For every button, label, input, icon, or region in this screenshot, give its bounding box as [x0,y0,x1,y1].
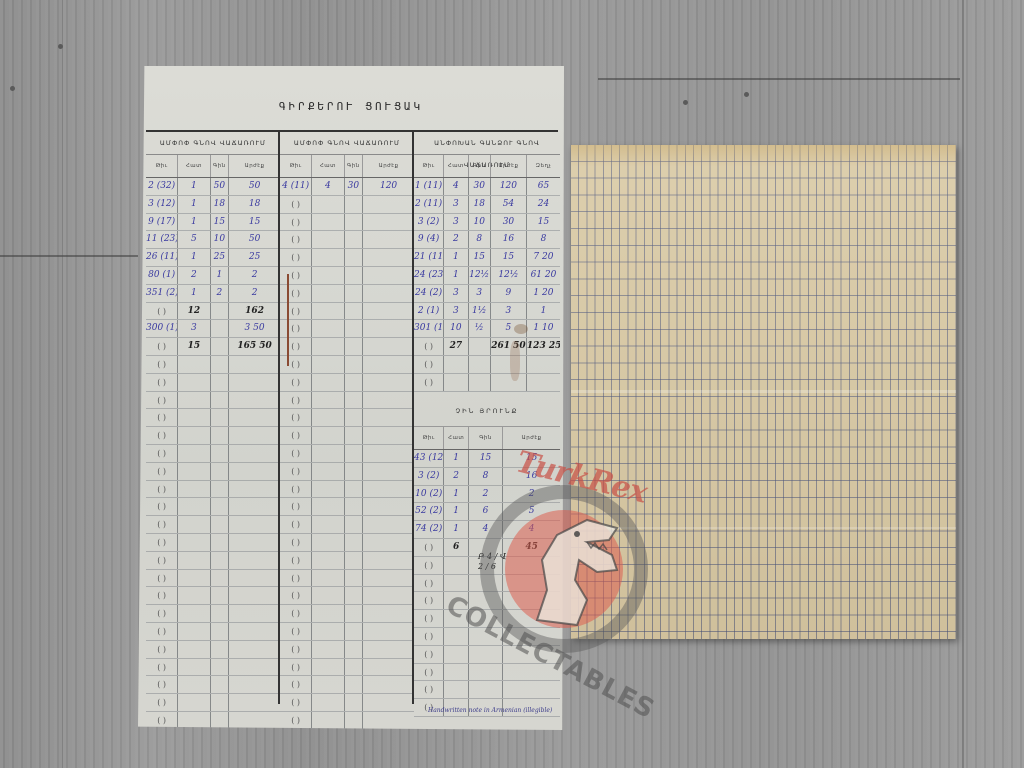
table-cell: 25 [229,249,280,266]
section-cash-sale-2: ԱՄՓՈՓ ԳՆՈՎ ՎԱՃԱՌՈՒՄ Թիւ Հատ Գին Արժէք 4 … [280,132,414,730]
table-row: 2 (1)31½31 [414,303,560,321]
table-cell [345,516,364,533]
table-cell: 6 [469,503,503,520]
table-cell: 5 [503,503,560,520]
table-row: ( ) [280,498,414,516]
table-row: ( ) [280,534,414,552]
ink-stain [510,341,520,381]
table-cell: ( ) [146,481,178,498]
table-cell: 50 [229,231,280,248]
table-cell: ( ) [280,320,312,337]
table-cell [229,392,280,409]
table-cell [178,374,210,391]
table-row: ( ) [280,249,414,267]
table-row: ( ) [146,516,280,534]
table-cell [345,463,364,480]
wood-knot [58,44,63,49]
table-cell [345,552,364,569]
table-cell [211,392,230,409]
table-cell [363,694,414,711]
table-cell: 3 (12) [146,196,178,213]
table-cell: 15 [229,214,280,231]
col-header-qty: Հատ [312,155,344,177]
table-cell: ( ) [280,712,312,729]
table-cell: 15 [469,249,491,266]
table-cell: 2 [211,285,230,302]
table-row: ( ) [146,587,280,605]
floor-seam [962,0,964,768]
wood-knot [10,86,15,91]
table-cell: ( ) [146,445,178,462]
table-cell [229,641,280,658]
table-row: 300 (1)33 50 [146,320,280,338]
table-cell [345,392,364,409]
table-cell [211,320,230,337]
grid-paper-sheet [571,145,956,639]
table-cell [211,409,230,426]
col-header-number: Թիւ [280,155,312,177]
table-cell [312,641,344,658]
table-cell: 30 [469,178,491,195]
table-cell: 4 [312,178,344,195]
table-cell [312,285,344,302]
ledger-rows: 4 (11)430120( )( )( )( )( )( )( )( )( )(… [280,178,414,730]
table-cell: 3 [178,320,210,337]
table-cell [211,463,230,480]
table-row: 301 (1)10½51 10 [414,320,560,338]
table-cell [503,610,560,627]
table-cell: ( ) [280,196,312,213]
table-row: 43 (12)11515 [414,450,560,468]
table-cell [469,610,503,627]
table-cell: 9 [491,285,527,302]
table-row: ( ) [146,427,280,445]
table-cell [312,338,344,355]
column-headers: Թիւ Հատ Գին Արժէք [280,155,414,178]
table-cell [503,646,560,663]
table-cell [312,676,344,693]
table-cell: 2 (32) [146,178,178,195]
table-cell: 4 (11) [280,178,312,195]
section-installment-sale: ԱՆՓՈԽԱՆ ԳԱՆՁՈՒ ԳՆՈՎ ՎԱՃԱՌՈՒՄ Թիւ Հատ Գին… [414,132,560,392]
table-cell: 9 (4) [414,231,444,248]
table-cell [178,587,210,604]
table-cell: ( ) [414,646,444,663]
table-cell: 21 (11) [414,249,444,266]
table-cell: ( ) [146,516,178,533]
table-cell: 3 [491,303,527,320]
table-cell [345,196,364,213]
table-cell: 5 [178,231,210,248]
table-cell: ( ) [280,374,312,391]
table-cell [345,676,364,693]
table-row: ( ) [280,303,414,321]
table-cell: 1 10 [527,320,560,337]
table-cell [229,374,280,391]
table-cell: 45 [503,539,560,556]
table-cell [503,592,560,609]
col-header-value: Արժէք [503,427,560,449]
table-row: ( ) [280,267,414,285]
table-cell [345,249,364,266]
table-cell: ( ) [414,338,444,355]
table-row: 11 (23)51050 [146,231,280,249]
table-cell: ( ) [280,605,312,622]
table-row: ( ) [146,570,280,588]
table-cell [178,676,210,693]
table-cell [211,303,230,320]
table-row: ( ) [414,610,560,628]
table-cell [229,570,280,587]
table-cell: 61 20 [527,267,560,284]
table-cell: ( ) [146,712,178,729]
table-cell: 2 (11) [414,196,444,213]
table-cell [345,694,364,711]
table-row: ( ) [146,676,280,694]
table-cell [312,552,344,569]
table-cell: ( ) [146,338,178,355]
table-row: 2 (11)3185424 [414,196,560,214]
table-row: ( ) [146,498,280,516]
table-row: ( ) [146,445,280,463]
table-cell [178,498,210,515]
table-cell: 2 [444,468,469,485]
table-cell [211,676,230,693]
table-cell: ( ) [280,481,312,498]
table-cell: 10 (2) [414,486,444,503]
table-cell: 43 (12) [414,450,444,467]
table-cell: 24 [527,196,560,213]
table-row: 1 (11)43012065 [414,178,560,196]
table-row: 10 (2)122 [414,486,560,504]
table-cell [229,534,280,551]
table-cell [312,498,344,515]
table-cell: 1 [178,196,210,213]
table-row: ( ) [146,605,280,623]
table-cell: ( ) [280,356,312,373]
table-cell: ( ) [280,285,312,302]
table-cell [363,374,414,391]
table-row: ( )15165 50 [146,338,280,356]
table-cell [211,481,230,498]
ledger-rows: 1 (11)430120652 (11)31854243 (2)31030159… [414,178,560,392]
table-cell: ( ) [146,427,178,444]
ink-stain [514,324,528,334]
col-header-number: Թիւ [146,155,178,177]
table-cell: 4 [444,178,468,195]
table-cell [312,356,344,373]
table-cell [491,374,527,391]
table-cell [363,356,414,373]
wood-knot [744,92,749,97]
table-row: ( ) [280,374,414,392]
table-cell: 52 (2) [414,503,444,520]
table-row: 24 (23)112½12½61 20 [414,267,560,285]
table-cell: 4 [469,521,503,538]
section-heading: ԱՄՓՈՓ ԳՆՈՎ ՎԱՃԱՌՈՒՄ [280,132,414,155]
table-row: ( ) [146,694,280,712]
table-row: ( ) [146,712,280,730]
table-cell [211,570,230,587]
book-list-sheet: ԳԻՐՔԵՐՈՒ ՑՈՒՑԱԿ ԱՄՓՈՓ ԳՆՈՎ ՎԱՃԱՌՈՒՄ Թիւ … [138,66,564,730]
table-row: 80 (1)212 [146,267,280,285]
table-cell [178,516,210,533]
table-cell [503,575,560,592]
table-cell: ( ) [146,694,178,711]
column-headers: Թիւ Հատ Գին Արժէք Զեղչ [414,155,560,178]
table-cell: 1 [211,267,230,284]
table-row: ( ) [280,445,414,463]
table-cell [345,641,364,658]
table-cell: ( ) [280,623,312,640]
table-cell [345,338,364,355]
table-cell: 3 (2) [414,468,444,485]
table-row: ( ) [280,231,414,249]
table-cell [444,664,469,681]
table-cell [178,694,210,711]
table-row: ( ) [280,392,414,410]
table-cell [229,552,280,569]
table-row: ( ) [146,392,280,410]
col-header-price: Գին [469,427,503,449]
table-row: ( )27261 50123 25 [414,338,560,356]
table-cell: ½ [469,320,491,337]
table-cell: ( ) [414,628,444,645]
table-row: ( ) [146,409,280,427]
table-cell: 25 [211,249,230,266]
table-cell: ( ) [146,587,178,604]
table-cell [312,534,344,551]
table-cell [229,409,280,426]
table-cell [363,427,414,444]
table-cell: 18 [469,196,491,213]
table-cell [363,445,414,462]
table-cell [211,445,230,462]
table-cell [345,605,364,622]
table-cell [229,587,280,604]
table-cell: 1 [444,450,469,467]
table-cell [444,628,469,645]
table-cell [312,463,344,480]
table-cell: 3 [444,285,468,302]
table-row: 24 (2)3391 20 [414,285,560,303]
table-cell: 10 [211,231,230,248]
table-cell [229,694,280,711]
table-cell [363,481,414,498]
table-cell [469,575,503,592]
table-cell [211,374,230,391]
table-row: ( ) [280,676,414,694]
table-cell: 1 [178,285,210,302]
table-cell [345,356,364,373]
table-row: ( ) [280,338,414,356]
table-cell: 12½ [491,267,527,284]
table-cell: 7 20 [527,249,560,266]
table-cell [229,605,280,622]
table-cell: ( ) [280,214,312,231]
table-row: ( ) [146,659,280,677]
table-cell: ( ) [146,605,178,622]
table-cell: 3 [444,303,468,320]
table-cell [363,267,414,284]
table-cell: ( ) [414,575,444,592]
table-cell [444,610,469,627]
table-row: 2 (32)15050 [146,178,280,196]
table-cell [211,605,230,622]
handwritten-footnote: Handwritten note in Armenian (illegible) [428,706,558,715]
ledger-rows: 2 (32)150503 (12)118189 (17)1151511 (23)… [146,178,280,730]
table-row: ( ) [146,356,280,374]
table-cell: ( ) [280,267,312,284]
table-cell [345,267,364,284]
table-cell [312,427,344,444]
table-cell [178,534,210,551]
table-cell: 2 [229,267,280,284]
table-cell: 15 [178,338,210,355]
table-cell: ( ) [414,610,444,627]
table-cell [178,392,210,409]
table-cell [312,231,344,248]
table-cell [469,628,503,645]
table-cell [211,516,230,533]
table-cell [229,498,280,515]
table-cell [345,623,364,640]
table-cell: 1 (11) [414,178,444,195]
table-cell [363,498,414,515]
table-cell [312,712,344,729]
table-cell [503,628,560,645]
table-row: ( ) [414,681,560,699]
table-row: 9 (4)28168 [414,231,560,249]
table-cell [312,267,344,284]
table-row: 351 (2)122 [146,285,280,303]
table-cell [229,623,280,640]
table-row: ( ) [280,320,414,338]
table-cell [312,516,344,533]
side-note: Բ 4 / Վ 2 / 6 [478,552,508,572]
table-cell: 30 [491,214,527,231]
table-cell [363,552,414,569]
paper-fold [571,527,956,529]
table-cell [363,214,414,231]
table-cell [178,605,210,622]
table-cell: 74 (2) [414,521,444,538]
table-cell [312,214,344,231]
table-cell: 16 [491,231,527,248]
section-cash-sale-1: ԱՄՓՈՓ ԳՆՈՎ ՎԱՃԱՌՈՒՄ Թիւ Հատ Գին Արժէք 2 … [146,132,280,730]
table-row: ( ) [146,641,280,659]
table-row: ( ) [280,712,414,730]
table-row: 26 (11)12525 [146,249,280,267]
section-heading: ԱՄՓՈՓ ԳՆՈՎ ՎԱՃԱՌՈՒՄ [146,132,280,155]
table-row: ( ) [414,575,560,593]
table-cell: 3 [469,285,491,302]
table-row: 21 (11)115157 20 [414,249,560,267]
table-cell [211,641,230,658]
table-cell: ( ) [146,498,178,515]
table-cell: 1 [444,486,469,503]
table-cell: ( ) [280,409,312,426]
table-row: ( ) [280,427,414,445]
table-cell [229,481,280,498]
table-cell [363,320,414,337]
table-row: ( ) [280,285,414,303]
table-cell [229,712,280,729]
table-cell [229,676,280,693]
table-row: ( ) [280,587,414,605]
table-row: ( ) [280,481,414,499]
table-cell [363,303,414,320]
table-cell [345,712,364,729]
table-cell [229,427,280,444]
column-headers: Թիւ Հատ Գին Արժէք [146,155,280,178]
table-cell: ( ) [280,231,312,248]
table-cell: 2 [503,486,560,503]
table-cell [345,659,364,676]
table-cell: ( ) [146,392,178,409]
table-cell: 8 [469,468,503,485]
table-cell [345,427,364,444]
table-row: ( ) [280,570,414,588]
table-cell: 54 [491,196,527,213]
table-cell [469,356,491,373]
table-cell: ( ) [146,409,178,426]
table-cell [229,445,280,462]
table-cell: ( ) [280,498,312,515]
table-row: ( ) [414,356,560,374]
table-cell [444,356,468,373]
table-row: 4 (11)430120 [280,178,414,196]
table-cell: 15 [527,214,560,231]
table-cell: 30 [345,178,364,195]
table-cell: 1 [444,249,468,266]
table-cell: ( ) [280,445,312,462]
table-cell: ( ) [414,664,444,681]
table-cell [229,516,280,533]
table-cell [178,445,210,462]
table-row: ( ) [280,516,414,534]
table-cell: ( ) [414,592,444,609]
table-cell [345,587,364,604]
table-cell: ( ) [414,681,444,698]
section-heading: ՉԻՆ ՅՐՈՒՆՔ [414,396,560,427]
table-cell: ( ) [146,641,178,658]
table-row: 52 (2)165 [414,503,560,521]
table-cell [491,356,527,373]
table-cell [312,392,344,409]
table-cell: 2 (1) [414,303,444,320]
table-cell: ( ) [280,641,312,658]
table-cell [503,681,560,698]
table-cell: ( ) [280,392,312,409]
floor-seam [598,78,960,80]
table-cell [469,374,491,391]
table-cell [312,374,344,391]
table-row: ( ) [146,481,280,499]
table-cell [312,196,344,213]
col-header-qty: Հատ [444,155,468,177]
table-cell: 15 [211,214,230,231]
table-cell [211,659,230,676]
paper-fold [571,390,956,393]
table-cell: 351 (2) [146,285,178,302]
table-cell [229,356,280,373]
table-cell: ( ) [146,552,178,569]
table-cell: ( ) [280,694,312,711]
table-cell: ( ) [280,587,312,604]
table-cell [178,552,210,569]
table-cell: 16 [503,468,560,485]
